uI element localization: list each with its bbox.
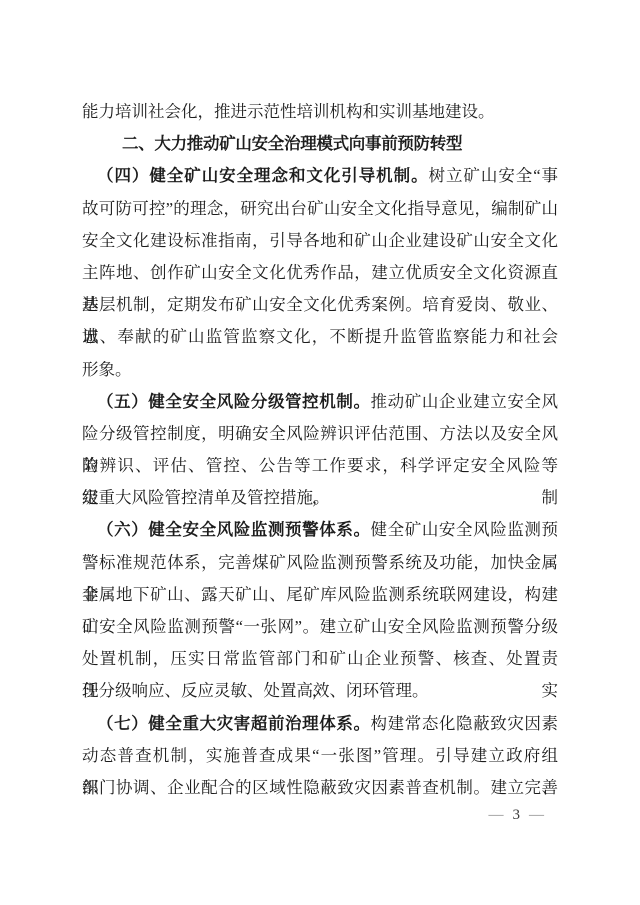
paragraph-lead-bold: （四）健全矿山安全理念和文化引导机制。 [97,166,429,185]
text-line: 金属地下矿山、露天矿山、尾矿库风险监测系统联网建设，构建矿 [82,579,558,611]
text-line: 部门协调、企业配合的区域性隐蔽致灾因素普查机制。建立完善 [82,772,558,804]
text-line: （六）健全安全风险监测预警体系。健全矿山安全风险监测预 [82,514,558,546]
text-line: 警标准规范体系，完善煤矿风险监测预警系统及功能，加快金属非 [82,547,558,579]
text-line: 山安全风险监测预警“一张网”。建立矿山安全风险监测预警分级 [82,611,558,643]
text-line: 处置机制，压实日常监管部门和矿山企业预警、核查、处置责任，实 [82,643,558,675]
text-line: 故可防可控”的理念，研究出台矿山安全文化指导意见，编制矿山 [82,193,558,225]
text-line: 险分级管控制度，明确安全风险辨识评估范围、方法以及安全风险 [82,418,558,450]
text-line: 能力培训社会化，推进示范性培训机构和实训基地建设。 [82,96,558,128]
text-line: 形象。 [82,354,558,386]
text-line: 诚、奉献的矿山监管监察文化，不断提升监管监察能力和社会 [82,321,558,353]
document-body: 能力培训社会化，推进示范性培训机构和实训基地建设。二、大力推动矿山安全治理模式向… [82,96,558,804]
page-number: —3— [489,805,545,825]
text-line: （七）健全重大灾害超前治理体系。构建常态化隐蔽致灾因素 [82,708,558,740]
text-line: 安全文化建设标准指南，引导各地和矿山企业建设矿山安全文化 [82,225,558,257]
page-number-value: 3 [513,807,521,823]
text-line: 主阵地、创作矿山安全文化优秀作品，建立优质安全文化资源直达 [82,257,558,289]
text-line: 动态普查机制，实施普查成果“一张图”管理。引导建立政府组织、 [82,740,558,772]
paragraph-lead-bold: （五）健全安全风险分级管控机制。 [97,392,371,411]
paragraph-lead-bold: （六）健全安全风险监测预警体系。 [97,520,371,539]
text-line: 基层机制，定期发布矿山安全文化优秀案例。培育爱岗、敬业、忠 [82,289,558,321]
text-line: 的辨识、评估、管控、公告等工作要求，科学评定安全风险等级，制 [82,450,558,482]
document-page: 能力培训社会化，推进示范性培训机构和实训基地建设。二、大力推动矿山安全治理模式向… [0,0,640,905]
section-heading: 二、大力推动矿山安全治理模式向事前预防转型 [82,128,558,160]
page-number-dash-left: — [489,807,504,823]
paragraph-lead-bold: （七）健全重大灾害超前治理体系。 [97,714,371,733]
page-number-dash-right: — [529,807,544,823]
text-line: （五）健全安全风险分级管控机制。推动矿山企业建立安全风 [82,386,558,418]
text-line: （四）健全矿山安全理念和文化引导机制。树立矿山安全“事 [82,160,558,192]
